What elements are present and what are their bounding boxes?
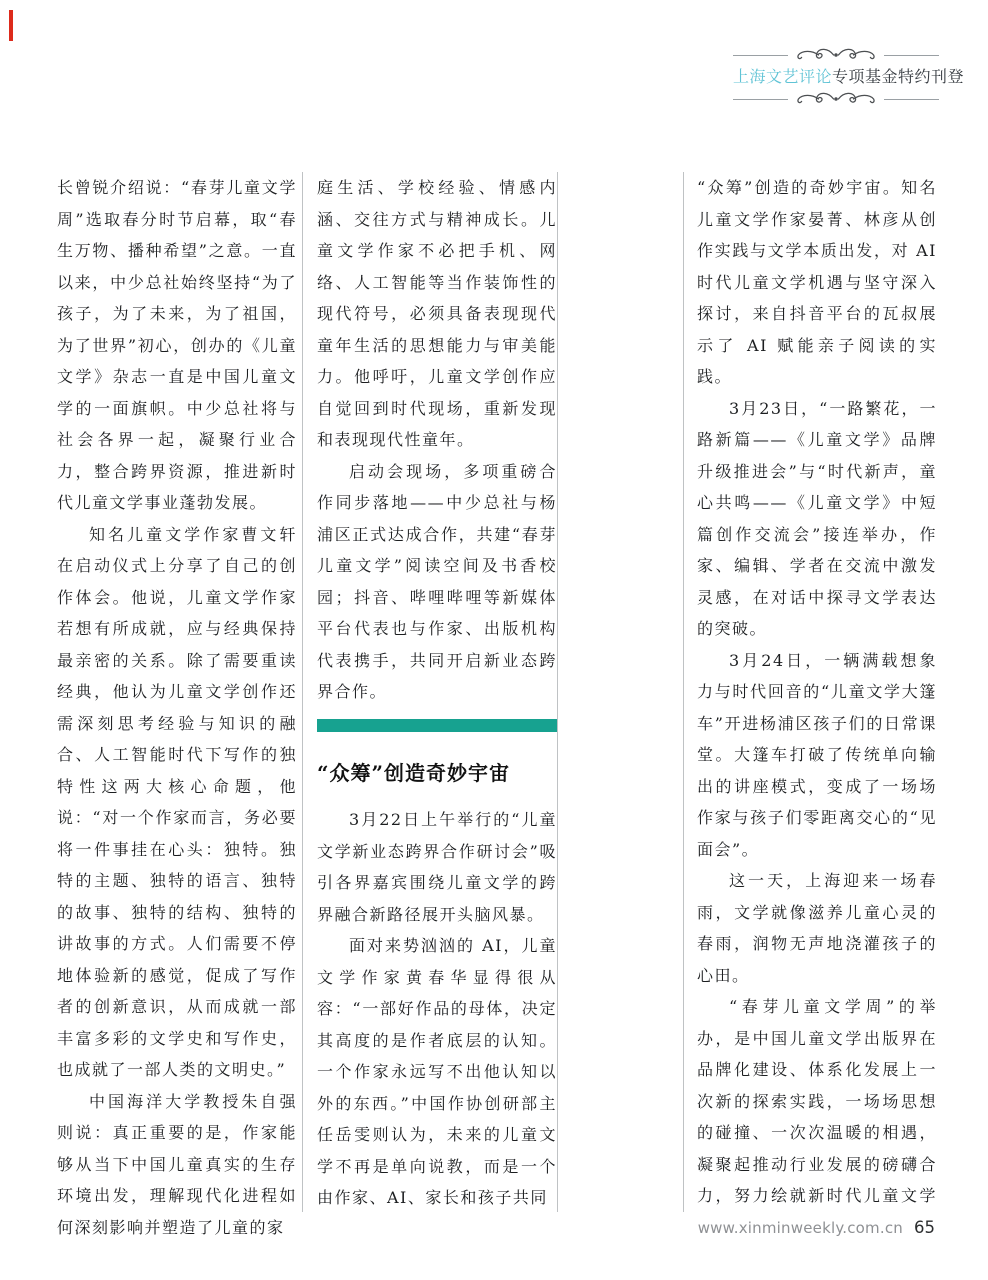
column-left: 长曾锐介绍说：“春芽儿童文学周”选取春分时节启幕，取“春生万物、播种希望”之意。… xyxy=(57,172,297,1243)
ornament-row-top xyxy=(733,46,939,64)
registration-mark xyxy=(9,10,13,41)
page-number: 65 xyxy=(914,1218,935,1237)
header-title-rest: 专项基金特约刊登 xyxy=(832,67,964,86)
paragraph: 庭生活、学校经验、情感内涵、交往方式与精神成长。儿童文学作家不必把手机、网络、人… xyxy=(317,172,557,456)
page-title: 上海文艺评论专项基金特约刊登 xyxy=(733,65,939,89)
flourish-icon xyxy=(788,90,884,108)
page-header: 上海文艺评论专项基金特约刊登 xyxy=(733,46,939,108)
paragraph: 长曾锐介绍说：“春芽儿童文学周”选取春分时节启幕，取“春生万物、播种希望”之意。… xyxy=(57,172,297,519)
paragraph: 面对来势汹汹的 AI，儿童文学作家黄春华显得很从容：“一部好作品的母体，决定其高… xyxy=(317,930,557,1214)
paragraph: 这一天，上海迎来一场春雨，文学就像滋养儿童心灵的春雨，润物无声地浇灌孩子的心田。 xyxy=(697,865,937,991)
section-heading: “众筹”创造奇妙宇宙 xyxy=(317,759,557,787)
flourish-icon xyxy=(788,46,884,64)
paragraph: 中国海洋大学教授朱自强则说：真正重要的是，作家能够从当下中国儿童真实的生存环境出… xyxy=(57,1086,297,1244)
section-accent-bar xyxy=(317,719,557,732)
column-divider xyxy=(557,172,558,1212)
column-middle-section: “众筹”创造奇妙宇宙 3月22日上午举行的“儿童文学新业态跨界合作研讨会”吸引各… xyxy=(317,719,557,1214)
website-url: www.xinminweekly.com.cn xyxy=(698,1219,903,1237)
paragraph: 3月24日，一辆满载想象力与时代回音的“儿童文学大篷车”开进杨浦区孩子们的日常课… xyxy=(697,645,937,866)
column-divider xyxy=(302,172,303,1212)
ornament-line xyxy=(884,99,939,100)
paragraph: 3月23日，“一路繁花，一路新篇——《儿童文学》品牌升级推进会”与“时代新声，童… xyxy=(697,393,937,645)
paragraph: 3月22日上午举行的“儿童文学新业态跨界合作研讨会”吸引各界嘉宾围绕儿童文学的跨… xyxy=(317,804,557,930)
paragraph: “众筹”创造的奇妙宇宙。知名儿童文学作家晏菁、林彦从创作实践与文学本质出发，对 … xyxy=(697,172,937,393)
page-footer: www.xinminweekly.com.cn 65 xyxy=(698,1218,935,1237)
ornament-line xyxy=(733,55,788,56)
paragraph-text: “春芽儿童文学周”的举办，是中国儿童文学出版界在品牌化建设、体系化发展上一次新的… xyxy=(697,997,937,1218)
ornament-line xyxy=(733,99,788,100)
header-title-highlight: 上海文艺评论 xyxy=(733,67,832,86)
column-right: “众筹”创造的奇妙宇宙。知名儿童文学作家晏菁、林彦从创作实践与文学本质出发，对 … xyxy=(697,172,937,1218)
ornament-row-bottom xyxy=(733,90,939,108)
ornament-line xyxy=(884,55,939,56)
paragraph: “春芽儿童文学周”的举办，是中国儿童文学出版界在品牌化建设、体系化发展上一次新的… xyxy=(697,991,937,1218)
paragraph: 知名儿童文学作家曹文轩在启动仪式上分享了自己的创作体会。他说，儿童文学作家若想有… xyxy=(57,519,297,1086)
column-divider xyxy=(683,172,684,1212)
paragraph: 启动会现场，多项重磅合作同步落地——中少总社与杨浦区正式达成合作，共建“春芽儿童… xyxy=(317,456,557,708)
column-middle-top: 庭生活、学校经验、情感内涵、交往方式与精神成长。儿童文学作家不必把手机、网络、人… xyxy=(317,172,557,708)
